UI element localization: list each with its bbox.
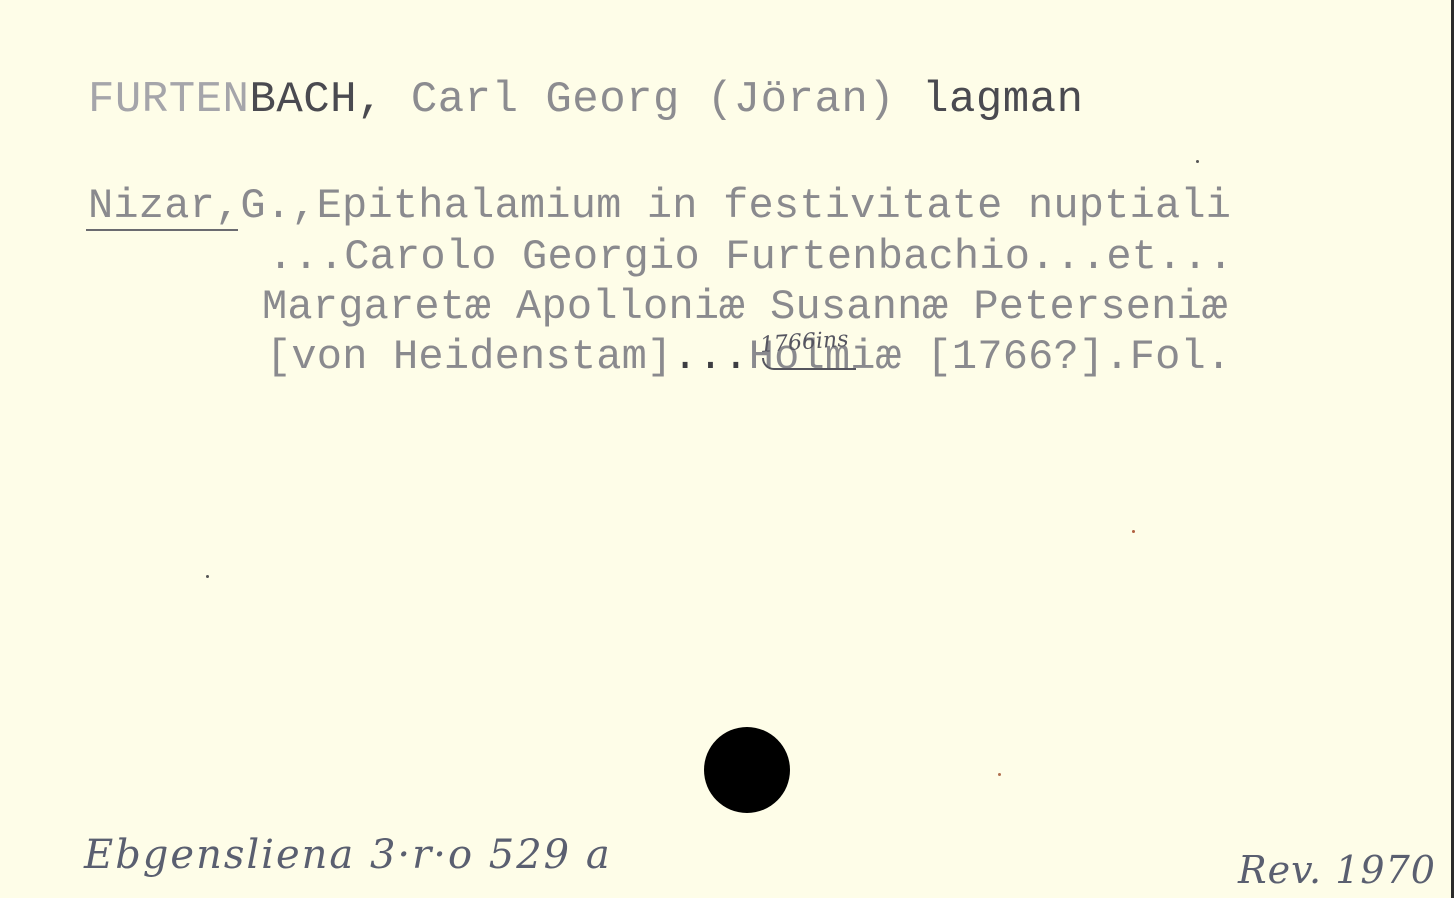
entry-title-start: ,G.,Epithalamium in festivitate nuptiali	[215, 182, 1231, 230]
heading-comma: ,	[357, 75, 384, 125]
catalog-card: FURTENBACH, Carl Georg (Jöran) lagman Ni…	[0, 0, 1454, 898]
author-underline	[86, 229, 238, 231]
card-heading: FURTENBACH, Carl Georg (Jöran) lagman	[88, 78, 1084, 122]
entry-line-4: [von Heidenstam]...Holmiæ [1766?].Fol.	[266, 336, 1231, 378]
entry-line-2: ...Carolo Georgio Furtenbachio...et...	[268, 236, 1233, 278]
ink-speck	[1132, 530, 1135, 533]
heading-surname-faint: FURTEN	[88, 75, 249, 125]
heading-occupation: lagman	[922, 75, 1083, 125]
entry-line-4-start: [von Heidenstam]	[266, 333, 672, 381]
strike-mark	[762, 358, 856, 370]
heading-given-names: Carl Georg (Jöran)	[384, 75, 922, 125]
entry-struck-ellipsis: ...	[672, 333, 748, 381]
handwritten-revision: Rev. 1970	[1238, 848, 1436, 892]
handwritten-shelfmark: Ebgensliena 3·r·o 529 a	[84, 832, 612, 878]
ink-speck	[1196, 160, 1199, 163]
ink-speck	[998, 773, 1001, 776]
punch-hole	[704, 727, 790, 813]
entry-line-1: Nizar,G.,Epithalamium in festivitate nup…	[88, 185, 1231, 227]
heading-surname-dark: BACH	[249, 75, 357, 125]
ink-speck	[206, 575, 209, 578]
entry-line-3: Margaretæ Apolloniæ Susannæ Peterseniæ	[262, 286, 1227, 328]
entry-author: Nizar	[88, 182, 215, 230]
